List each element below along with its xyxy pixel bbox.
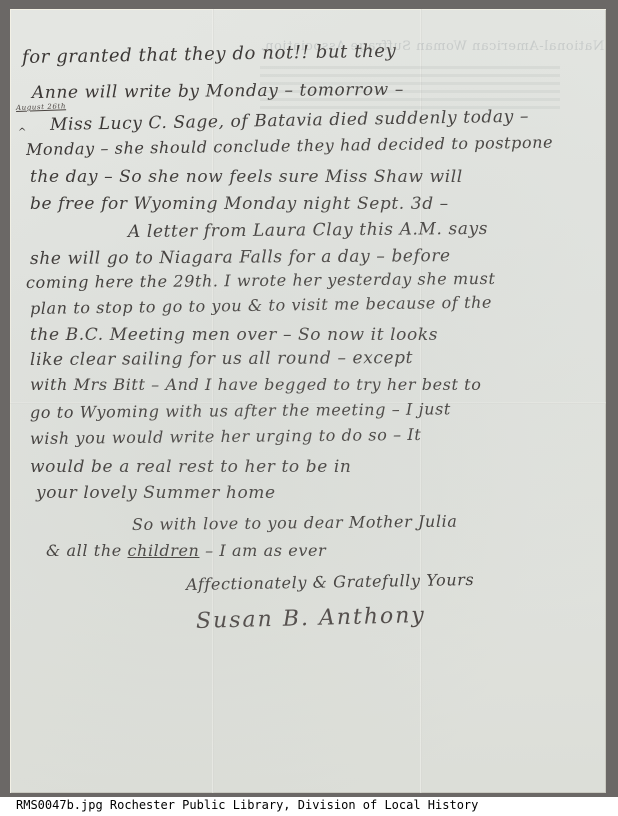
handwritten-line: she will go to Niagara Falls for a day –… xyxy=(30,246,451,269)
handwritten-line: coming here the 29th. I wrote her yester… xyxy=(26,269,496,292)
handwritten-line: the B.C. Meeting men over – So now it lo… xyxy=(30,325,438,345)
closing-line-suffix: – I am as ever xyxy=(199,541,326,560)
handwritten-line: Monday – she should conclude they had de… xyxy=(26,133,553,159)
handwritten-line: Anne will write by Monday – tomorrow – xyxy=(32,80,404,103)
handwritten-line: would be a real rest to her to be in xyxy=(30,457,351,477)
archive-caption-bar: RMS0047b.jpg Rochester Public Library, D… xyxy=(0,797,618,816)
closing-line: & all the children – I am as ever xyxy=(46,541,326,560)
interlinear-date-note: August 26th xyxy=(16,102,66,112)
signature: Susan B. Anthony xyxy=(196,603,426,634)
handwritten-line: wish you would write her urging to do so… xyxy=(30,425,422,448)
valediction: Affectionately & Gratefully Yours xyxy=(186,570,475,594)
closing-line-prefix: & all the xyxy=(46,541,127,560)
archive-caption-text: RMS0047b.jpg Rochester Public Library, D… xyxy=(16,798,478,812)
handwritten-line: plan to stop to go to you & to visit me … xyxy=(30,293,492,318)
scan-background-frame: National-American Woman Suffrage Associa… xyxy=(0,0,618,797)
handwritten-line: the day – So she now feels sure Miss Sha… xyxy=(30,167,463,187)
handwritten-line: like clear sailing for us all round – ex… xyxy=(30,348,413,370)
handwritten-line: go to Wyoming with us after the meeting … xyxy=(30,399,451,422)
letter-page: National-American Woman Suffrage Associa… xyxy=(10,9,606,793)
underlined-word: children xyxy=(127,541,199,560)
insertion-caret-mark: ^ xyxy=(18,127,27,138)
handwritten-line: Miss Lucy C. Sage, of Batavia died sudde… xyxy=(50,107,529,135)
closing-greeting-line: So with love to you dear Mother Julia xyxy=(132,512,458,534)
handwritten-line: be free for Wyoming Monday night Sept. 3… xyxy=(30,194,449,214)
handwritten-line: with Mrs Bitt – And I have begged to try… xyxy=(30,375,481,394)
handwritten-paragraph-start: A letter from Laura Clay this A.M. says xyxy=(128,219,488,242)
handwritten-line: your lovely Summer home xyxy=(36,483,276,503)
